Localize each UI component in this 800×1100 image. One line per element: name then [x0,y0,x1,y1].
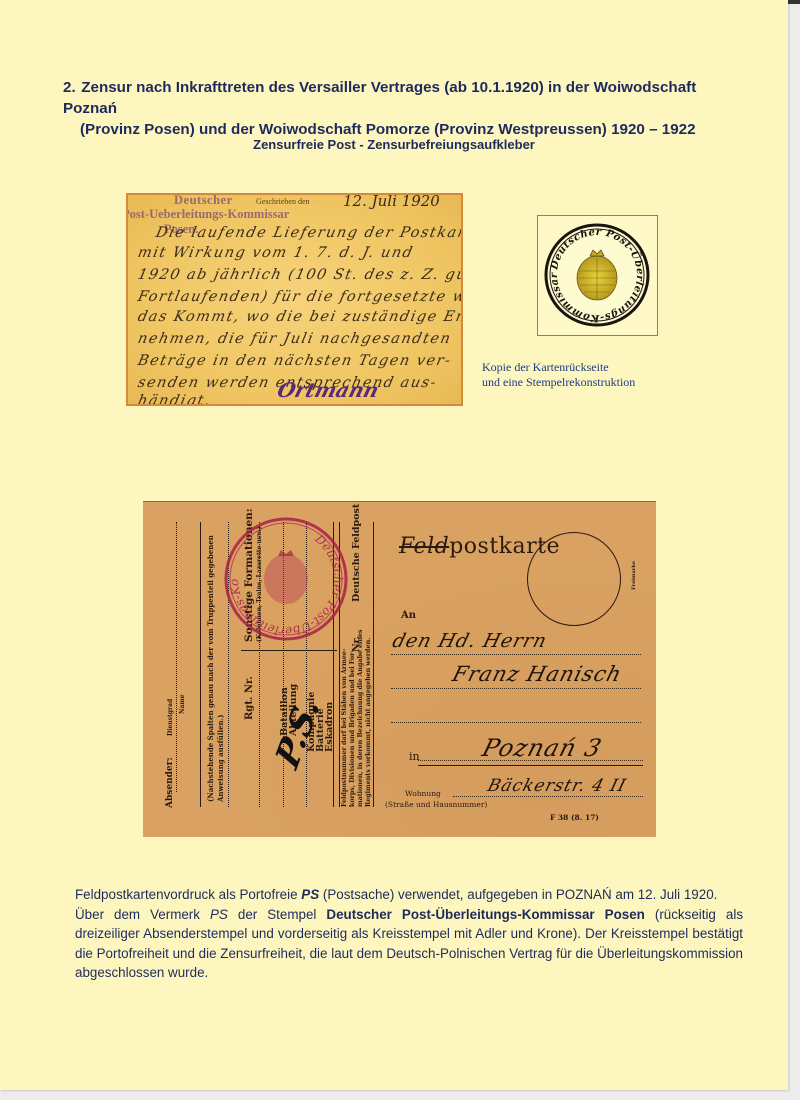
absender-label: Absender: [165,757,175,808]
street-handwriting: Bäckerstr. 4 II [485,776,628,796]
sender-stamp-line-1: Deutscher [174,193,233,208]
red-circular-stamp-icon: Deutscher Post-Überleitungs-Kommissar • … [221,514,351,644]
eagle-crown-seal-icon: Deutscher Post-Überleitungs-Kommissar • … [538,216,656,334]
address-line [391,722,641,723]
column-rule [200,522,201,807]
handwriting-line: mit Wirkung vom 1. 7. d. J. und [136,245,415,261]
description-paragraph-2: Über dem Vermerk PS der Stempel Deutsche… [75,905,743,983]
image-caption: Kopie der Kartenrückseite und eine Stemp… [482,360,635,390]
dotted-rule [176,522,177,792]
address-line-2: Franz Hanisch [450,662,625,686]
address-line-1: den Hd. Herrn [390,630,550,652]
handwriting-line: Die laufende Lieferung der Postkarten [154,225,463,241]
rgt-nr-label: Rgt. Nr. [244,676,255,720]
handwriting-line: nehmen, die für Juli nachgesandten [136,331,453,347]
wohnung-sub-label: (Straße und Hausnummer) [385,800,487,809]
section-subheading: Zensurfreie Post - Zensurbefreiungsaufkl… [0,137,788,152]
date-label: Geschrieben den [256,197,310,206]
handwriting-line: Beträge in den nächsten Tagen ver- [136,353,453,369]
handwriting-line: das Kommt, wo die bei zuständige Empfang [136,309,463,325]
stamp-area-note: Freimarke [631,561,637,590]
dienstgrad-label: Dienstgrad [167,699,174,736]
address-city: Poznań 3 [479,734,605,762]
signature: Ortmann [275,378,382,402]
caption-line-1: Kopie der Kartenrückseite [482,360,635,375]
note-line: Regiments vorkommt, nicht angegeben werd… [365,607,373,807]
card-back-image: Deutscher Post-Ueberleitungs-Kommissar P… [126,193,463,406]
caption-line-2: und eine Stempelrekonstruktion [482,375,635,390]
stamp-placement-circle [527,532,621,626]
sender-stamp-line-2: Post-Ueberleitungs-Kommissar [126,207,289,222]
handwriting-line: 1920 ab jährlich (100 St. des z. Z. gült… [136,267,463,283]
handwriting-line: händigt. [136,393,212,406]
address-line [453,796,643,797]
ps-emphasis: PS [210,907,228,922]
nr-label: Nr. [351,636,362,652]
handwritten-date: 12. Juli 1920 [343,193,440,210]
description-text: Feldpostkartenvordruck als Portofreie PS… [75,885,743,983]
address-line [391,654,641,655]
text-run: (Postsache) verwendet, aufgegeben in POZ… [319,887,717,902]
wohnung-label: Wohnung [405,789,441,798]
row-rule [241,650,337,651]
scan-edge [788,0,800,4]
text-run: Feldpostkartenvordruck als Portofreie [75,887,301,902]
struck-feld: Feld [399,534,449,559]
page-heading: 2. Zensur nach Inkrafttreten des Versail… [63,77,743,140]
ps-mark: P.S. [269,689,328,776]
name-label: Name [179,694,186,714]
text-run: Über dem Vermerk [75,907,210,922]
description-paragraph-1: Feldpostkartenvordruck als Portofreie PS… [75,885,743,905]
an-label: An [401,610,416,621]
ps-emphasis: PS [301,887,319,902]
deutsche-feldpost-label: Deutsche Feldpost [351,504,362,602]
seal-reconstruction-image: Deutscher Post-Überleitungs-Kommissar • … [537,215,658,336]
column-rule [373,522,374,807]
album-page: 2. Zensur nach Inkrafttreten des Versail… [0,0,788,1090]
feldpostkarte-image: Absender: Dienstgrad Name (Nachstehende … [143,501,656,837]
address-line [391,688,641,689]
heading-line-1: Zensur nach Inkrafttreten des Versailler… [63,79,696,117]
handwriting-line: Fortlaufenden) für die fortgesetzte werd… [136,289,463,305]
address-underline [418,765,643,766]
form-number: F 38 (8. 17) [550,813,599,822]
heading-number: 2. [63,77,77,98]
in-label: in [409,750,420,763]
stamp-name-bold: Deutscher Post-Überleitungs-Kommissar Po… [326,907,644,922]
text-run: der Stempel [228,907,327,922]
